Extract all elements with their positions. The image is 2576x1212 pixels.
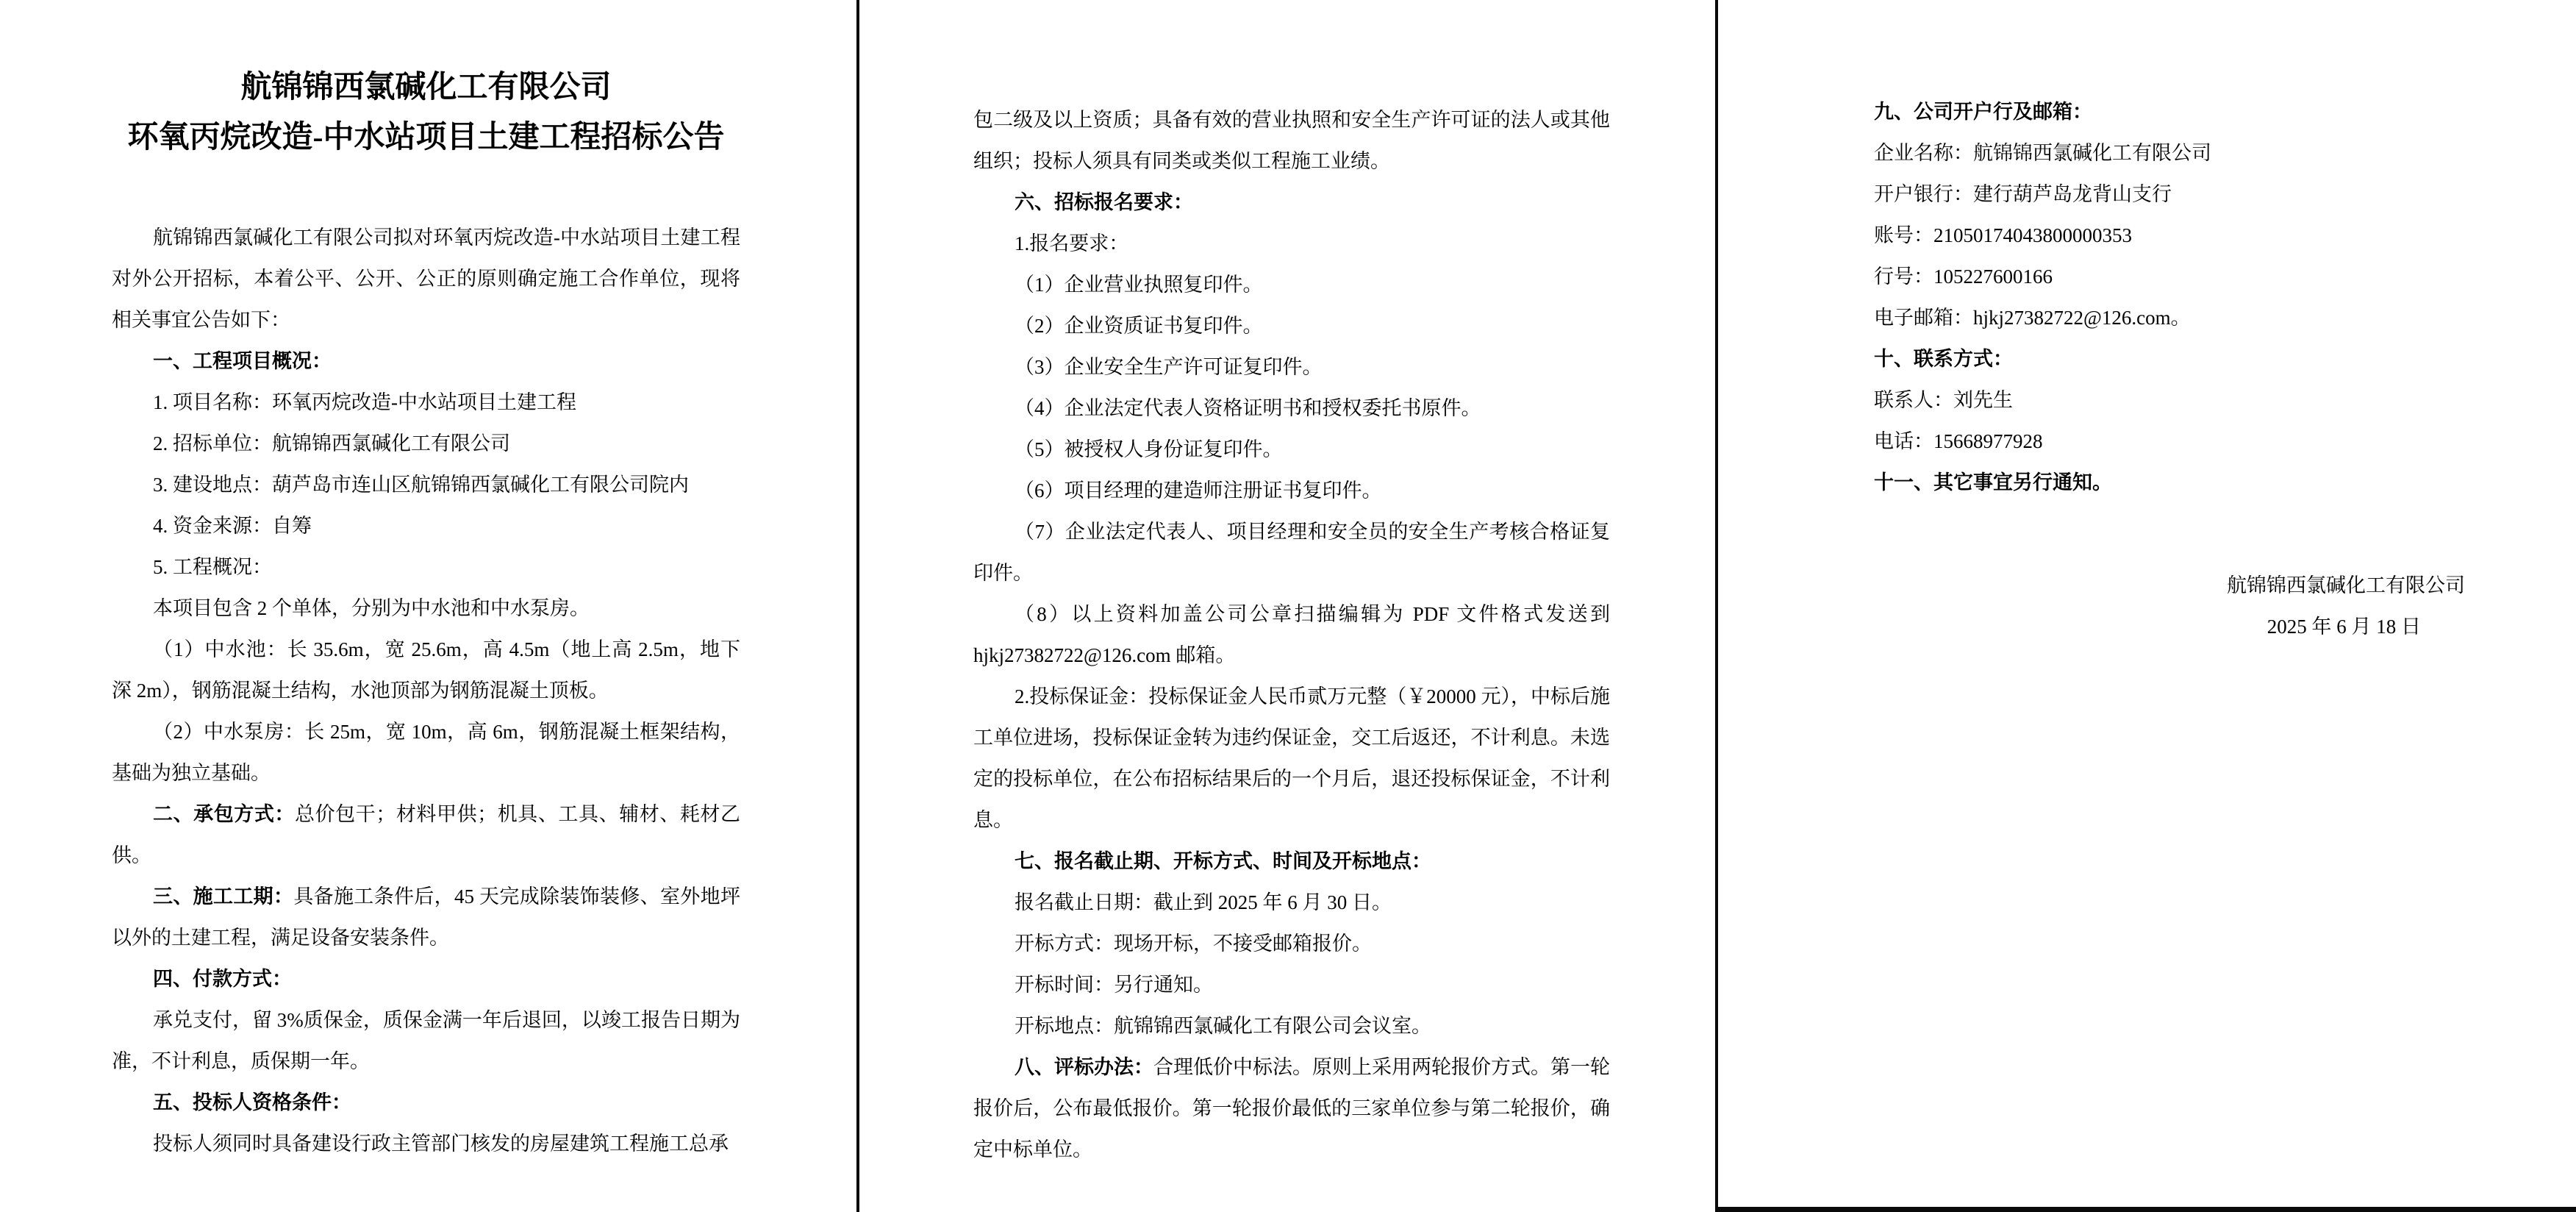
paragraph: 包二级及以上资质；具备有效的营业执照和安全生产许可证的法人或其他组织；投标人须具…: [973, 99, 1610, 182]
paragraph: 报名截止日期：截止到 2025 年 6 月 30 日。: [973, 882, 1610, 923]
page-1: 航锦锦西氯碱化工有限公司 环氧丙烷改造-中水站项目土建工程招标公告 航锦锦西氯碱…: [0, 0, 856, 1212]
section-heading: 十、联系方式：: [1874, 338, 2465, 379]
paragraph: 企业名称：航锦锦西氯碱化工有限公司: [1874, 132, 2465, 174]
page-2: 包二级及以上资质；具备有效的营业执照和安全生产许可证的法人或其他组织；投标人须具…: [859, 0, 1715, 1212]
heading-lead: 二、承包方式：: [153, 803, 295, 825]
page-divider-line-2: [1715, 0, 1718, 1212]
paragraph: （6）项目经理的建造师注册证书复印件。: [973, 470, 1610, 511]
section-heading: 五、投标人资格条件：: [112, 1082, 740, 1123]
paragraph: 开标方式：现场开标，不接受邮箱报价。: [973, 923, 1610, 964]
paragraph: （4）企业法定代表人资格证明书和授权委托书原件。: [973, 388, 1610, 429]
paragraph: （1）中水池：长 35.6m，宽 25.6m，高 4.5m（地上高 2.5m，地…: [112, 629, 740, 711]
section-heading: 一、工程项目概况：: [112, 341, 740, 382]
paragraph: 三、施工工期：具备施工条件后，45 天完成除装饰装修、室外地坪以外的土建工程，满…: [112, 876, 740, 958]
paragraph: 2025 年 6 月 18 日: [1874, 606, 2465, 647]
paragraph: 联系人：刘先生: [1874, 379, 2465, 421]
document-title: 航锦锦西氯碱化工有限公司 环氧丙烷改造-中水站项目土建工程招标公告: [112, 63, 740, 163]
paragraph: （5）被授权人身份证复印件。: [973, 429, 1610, 470]
section-heading: 九、公司开户行及邮箱：: [1874, 91, 2465, 132]
paragraph: 开户银行：建行葫芦岛龙背山支行: [1874, 174, 2465, 215]
paragraph: 电子邮箱：hjkj27382722@126.com。: [1874, 297, 2465, 338]
page-3-body: 九、公司开户行及邮箱：企业名称：航锦锦西氯碱化工有限公司开户银行：建行葫芦岛龙背…: [1874, 91, 2465, 647]
section-heading: 十一、其它事宜另行通知。: [1874, 462, 2465, 503]
paragraph: 投标人须同时具备建设行政主管部门核发的房屋建筑工程施工总承: [112, 1123, 740, 1164]
paragraph: （8）以上资料加盖公司公章扫描编辑为 PDF 文件格式发送到 hjkj27382…: [973, 593, 1610, 676]
paragraph: 账号：21050174043800000353: [1874, 215, 2465, 256]
paragraph: 行号：105227600166: [1874, 256, 2465, 297]
page-bottom-edge-bar: [1715, 1207, 2576, 1212]
heading-lead: 三、施工工期：: [153, 885, 293, 908]
section-heading: 七、报名截止期、开标方式、时间及开标地点：: [973, 841, 1610, 882]
paragraph: （1）企业营业执照复印件。: [973, 264, 1610, 305]
page-3: 九、公司开户行及邮箱：企业名称：航锦锦西氯碱化工有限公司开户银行：建行葫芦岛龙背…: [1718, 0, 2576, 1212]
paragraph: 承兑支付，留 3%质保金，质保金满一年后退回，以竣工报告日期为准，不计利息，质保…: [112, 999, 740, 1082]
paragraph: 4. 资金来源：自筹: [112, 505, 740, 546]
paragraph: 电话：15668977928: [1874, 421, 2465, 462]
heading-lead: 八、评标办法：: [1015, 1056, 1153, 1078]
paragraph: 5. 工程概况：: [112, 546, 740, 588]
paragraph: 开标地点：航锦锦西氯碱化工有限公司会议室。: [973, 1005, 1610, 1047]
paragraph: （7）企业法定代表人、项目经理和安全员的安全生产考核合格证复印件。: [973, 511, 1610, 593]
paragraph: 2. 招标单位：航锦锦西氯碱化工有限公司: [112, 423, 740, 464]
section-heading: 四、付款方式：: [112, 958, 740, 999]
paragraph: 二、承包方式：总价包干；材料甲供；机具、工具、辅材、耗材乙供。: [112, 794, 740, 876]
page-1-body: 航锦锦西氯碱化工有限公司拟对环氧丙烷改造-中水站项目土建工程对外公开招标，本着公…: [112, 217, 740, 1164]
paragraph: 1. 项目名称：环氧丙烷改造-中水站项目土建工程: [112, 382, 740, 423]
paragraph: 1.报名要求：: [973, 223, 1610, 264]
paragraph: 航锦锦西氯碱化工有限公司: [1874, 565, 2465, 606]
document-title-line2: 环氧丙烷改造-中水站项目土建工程招标公告: [112, 113, 740, 163]
page-divider-line-1: [856, 0, 859, 1212]
paragraph: 本项目包含 2 个单体，分别为中水池和中水泵房。: [112, 588, 740, 629]
paragraph: 开标时间：另行通知。: [973, 964, 1610, 1005]
paragraph: 3. 建设地点：葫芦岛市连山区航锦锦西氯碱化工有限公司院内: [112, 464, 740, 505]
paragraph: （2）企业资质证书复印件。: [973, 305, 1610, 346]
paragraph: 2.投标保证金：投标保证金人民币贰万元整（￥20000 元），中标后施工单位进场…: [973, 676, 1610, 841]
paragraph: 航锦锦西氯碱化工有限公司拟对环氧丙烷改造-中水站项目土建工程对外公开招标，本着公…: [112, 217, 740, 341]
paragraph: （3）企业安全生产许可证复印件。: [973, 346, 1610, 388]
page-2-body: 包二级及以上资质；具备有效的营业执照和安全生产许可证的法人或其他组织；投标人须具…: [973, 99, 1610, 1170]
paragraph: 八、评标办法：合理低价中标法。原则上采用两轮报价方式。第一轮报价后，公布最低报价…: [973, 1047, 1610, 1170]
document-title-line1: 航锦锦西氯碱化工有限公司: [112, 63, 740, 113]
section-heading: 六、招标报名要求：: [973, 182, 1610, 223]
paragraph: （2）中水泵房：长 25m，宽 10m，高 6m，钢筋混凝土框架结构，基础为独立…: [112, 711, 740, 794]
